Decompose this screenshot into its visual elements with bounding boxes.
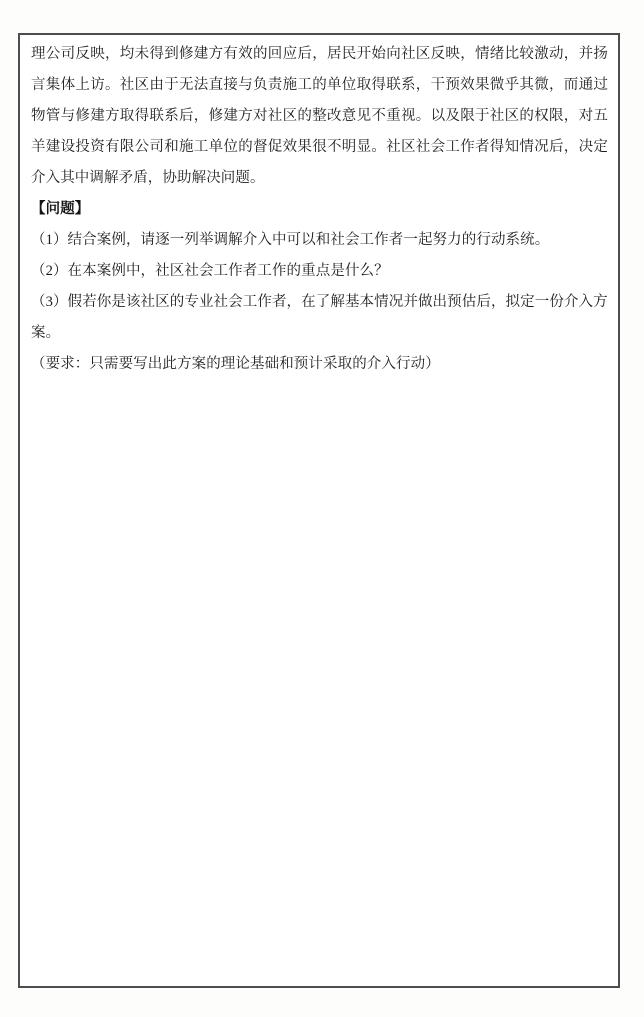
question-requirement-note: （要求：只需要写出此方案的理论基础和预计采取的介入行动） bbox=[31, 349, 608, 380]
question-item-1: （1）结合案例，请逐一列举调解介入中可以和社会工作者一起努力的行动系统。 bbox=[31, 225, 608, 256]
question-item-3: （3）假若你是该社区的专业社会工作者，在了解基本情况并做出预估后，拟定一份介入方… bbox=[31, 287, 608, 349]
questions-heading: 【问题】 bbox=[31, 194, 608, 225]
document-page: 理公司反映，均未得到修建方有效的回应后，居民开始向社区反映，情绪比较激动，并扬言… bbox=[0, 0, 644, 1017]
question-item-2: （2）在本案例中，社区社会工作者工作的重点是什么？ bbox=[31, 256, 608, 287]
case-description-paragraph: 理公司反映，均未得到修建方有效的回应后，居民开始向社区反映，情绪比较激动，并扬言… bbox=[31, 39, 608, 194]
content-border-box: 理公司反映，均未得到修建方有效的回应后，居民开始向社区反映，情绪比较激动，并扬言… bbox=[18, 33, 620, 988]
